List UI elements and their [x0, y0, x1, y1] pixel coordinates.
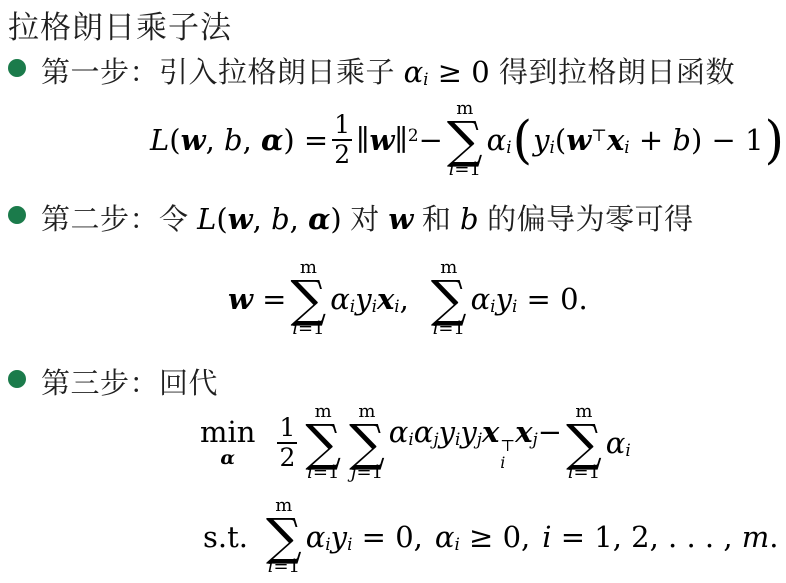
summation-i: m ∑ i=1 [431, 259, 467, 339]
sum-lower-limit: i=1 [433, 320, 465, 339]
bullet-icon [8, 206, 26, 224]
w-vector: w [181, 123, 206, 157]
sum-lower-limit: i=1 [307, 464, 339, 483]
summation-i: m ∑ i=1 [566, 403, 602, 483]
y-symbol: y [355, 282, 371, 316]
equals-one: =1 [356, 462, 383, 483]
w-vector: w [228, 282, 253, 316]
step1-post: 得到拉格朗日函数 [499, 57, 735, 89]
step2-text: 第二步：令 L(w, b, α) 对 w 和 b 的偏导为零可得 [41, 197, 694, 238]
nonnegativity-constraint: αi ≥ 0, [435, 520, 530, 555]
stationarity-formula: w = m ∑ i=1 αiyixi, m ∑ i=1 αiyi = 0. [228, 256, 588, 342]
b-symbol: b [271, 202, 290, 236]
step2-dui: 对 [342, 204, 389, 236]
L-symbol: L [197, 202, 216, 236]
subscript-i: i [506, 137, 511, 157]
bullet-step3: 第三步：回代 [8, 361, 218, 402]
b-symbol: b [460, 202, 479, 236]
bullet-step2: 第二步：令 L(w, b, α) 对 w 和 b 的偏导为零可得 [8, 197, 694, 238]
norm-bar: ∥ [356, 123, 369, 157]
sum-lower-limit: j=1 [351, 464, 383, 483]
norm-w-squared: ∥w∥2− [356, 123, 443, 158]
y-symbol: y [331, 520, 347, 554]
numerator: 1 [277, 414, 297, 444]
sigma-glyph: ∑ [566, 422, 602, 465]
comma: , [290, 202, 308, 236]
transpose-symbol: ⊤ [500, 438, 515, 455]
summation-i: m ∑ i=1 [291, 259, 327, 339]
equals-zero: = 0. [517, 282, 587, 316]
equals-one: =1 [298, 318, 325, 339]
b-symbol: b [672, 123, 691, 157]
step1-pre: 第一步：引入拉格朗日乘子 [41, 57, 404, 89]
step3-pre: 第三步：回代 [41, 368, 218, 400]
alpha-symbol: α [435, 520, 455, 554]
L-symbol: L [150, 123, 169, 157]
bullet-step1: 第一步：引入拉格朗日乘子 αi ≥ 0 得到拉格朗日函数 [8, 50, 735, 91]
paren: ( [169, 123, 180, 157]
superscript-2: 2 [408, 124, 419, 144]
comma: , [243, 123, 261, 157]
slide: 拉格朗日乘子法 第一步：引入拉格朗日乘子 αi ≥ 0 得到拉格朗日函数 L(w… [0, 0, 786, 583]
equality-constraint: αiyi = 0, [306, 520, 423, 555]
subscript-i: i [625, 440, 630, 460]
subscript-i: i [500, 455, 505, 472]
alpha-y-zero: αiyi = 0. [471, 282, 588, 317]
step3-text: 第三步：回代 [41, 361, 218, 402]
alpha-symbol: α [306, 520, 326, 554]
paren: ( [216, 202, 227, 236]
sigma-glyph: ∑ [305, 422, 341, 465]
index-i: i [542, 520, 551, 554]
numerator: 1 [332, 111, 352, 141]
comma: , [400, 282, 409, 316]
minus-sign: − [538, 415, 562, 449]
alpha-symbol: α [414, 415, 434, 449]
equals: = [253, 282, 287, 316]
sum-lower-limit: i=1 [292, 320, 324, 339]
equals-one: =1 [273, 556, 300, 577]
sum-lower-limit: i=1 [268, 558, 300, 577]
sigma-glyph: ∑ [431, 278, 467, 321]
equals-zero: = 0, [352, 520, 422, 554]
y-symbol: y [439, 415, 455, 449]
step2-he: 和 [413, 204, 460, 236]
norm-bar: ∥ [394, 123, 407, 157]
summation-i: m ∑ i=1 [266, 497, 302, 577]
x-vector: x [377, 282, 394, 316]
alpha-symbol: α [606, 426, 626, 460]
m-symbol: m [742, 520, 770, 554]
equals-one: =1 [438, 318, 465, 339]
min-operator: min α [200, 418, 255, 468]
transpose-symbol: ⊤ [591, 124, 607, 144]
alpha-symbol: α [330, 282, 350, 316]
w-equals: w = [228, 282, 287, 317]
quadratic-term: αiαjyiyjx⊤ixj− [389, 415, 562, 472]
min-subscript-alpha: α [220, 449, 235, 468]
equals-one: =1 [574, 462, 601, 483]
big-left-paren: ( [513, 122, 533, 158]
plus-sign: + [630, 123, 673, 157]
step1-condition: ≥ 0 [429, 55, 499, 89]
denominator: 2 [279, 444, 295, 472]
lagrangian-formula: L(w, b, α) = 1 2 ∥w∥2− m ∑ i=1 αi ( yi(w… [150, 99, 785, 181]
comma: , [206, 123, 224, 157]
alpha-symbol: α [487, 123, 507, 157]
fraction-one-half: 1 2 [332, 111, 352, 169]
index-range: i = 1, 2, . . . , m. [542, 520, 778, 555]
b-symbol: b [224, 123, 243, 157]
w-vector: w [566, 123, 591, 157]
w-vector: w [228, 202, 253, 236]
dual-objective-formula: min α 1 2 m ∑ i=1 m ∑ j=1 αiαjyiyjx⊤ixj−… [200, 400, 631, 486]
w-vector: w [388, 202, 413, 236]
alpha-symbol: α [389, 415, 409, 449]
summation-i: m ∑ i=1 [305, 403, 341, 483]
fraction-one-half: 1 2 [277, 414, 297, 472]
constraints-formula: s.t. m ∑ i=1 αiyi = 0, αi ≥ 0, i = 1, 2,… [203, 494, 779, 580]
step1-text: 第一步：引入拉格朗日乘子 αi ≥ 0 得到拉格朗日函数 [41, 50, 735, 91]
bullet-icon [8, 370, 26, 388]
step2-post: 的偏导为零可得 [479, 204, 694, 236]
sequence: = 1, 2, . . . , [552, 520, 742, 554]
sigma-glyph: ∑ [291, 278, 327, 321]
alpha-symbol: α [471, 282, 491, 316]
sum-lower-limit: i=1 [568, 464, 600, 483]
alpha-vector: α [308, 202, 330, 236]
denominator: 2 [334, 141, 350, 169]
alpha-vector: α [261, 123, 283, 157]
x-vector: x [607, 123, 624, 157]
sigma-glyph: ∑ [266, 516, 302, 559]
alpha-y-x-term: αiyixi, [330, 282, 409, 317]
paren: ) [691, 123, 702, 157]
geq-zero: ≥ 0, [460, 520, 530, 554]
x-vector: x [482, 415, 499, 449]
summation-j: m ∑ j=1 [349, 403, 385, 483]
summation-i: m ∑ i=1 [447, 100, 483, 180]
equals-one: =1 [313, 462, 340, 483]
comma: , [253, 202, 271, 236]
y-symbol: y [496, 282, 512, 316]
minus-sign: − [419, 123, 443, 157]
alpha-symbol: α [404, 55, 424, 89]
step2-pre: 第二步：令 [41, 204, 197, 236]
transpose-subscript-stack: ⊤i [500, 438, 515, 472]
y-symbol: y [533, 123, 549, 157]
margin-term: yi(w⊤xi + b) − 1 [533, 123, 763, 158]
equals: ) = [283, 123, 328, 157]
min-label: min [200, 418, 255, 447]
x-vector: x [515, 415, 532, 449]
minus-one: − 1 [702, 123, 763, 157]
paren: ) [330, 202, 341, 236]
y-symbol: y [460, 415, 476, 449]
sigma-glyph: ∑ [349, 422, 385, 465]
equals-one: =1 [454, 159, 481, 180]
w-vector: w [370, 123, 395, 157]
sum-lower-limit: i=1 [449, 161, 481, 180]
big-right-paren: ) [765, 122, 785, 158]
paren: ( [555, 123, 566, 157]
subject-to-label: s.t. [203, 520, 248, 555]
period: . [769, 520, 778, 554]
page-title: 拉格朗日乘子法 [8, 2, 232, 47]
alpha-i-term: αi [606, 426, 631, 461]
sigma-glyph: ∑ [447, 119, 483, 162]
lagrangian-lhs: L(w, b, α) = [150, 123, 328, 158]
alpha-i-term: αi [487, 123, 512, 158]
bullet-icon [8, 59, 26, 77]
